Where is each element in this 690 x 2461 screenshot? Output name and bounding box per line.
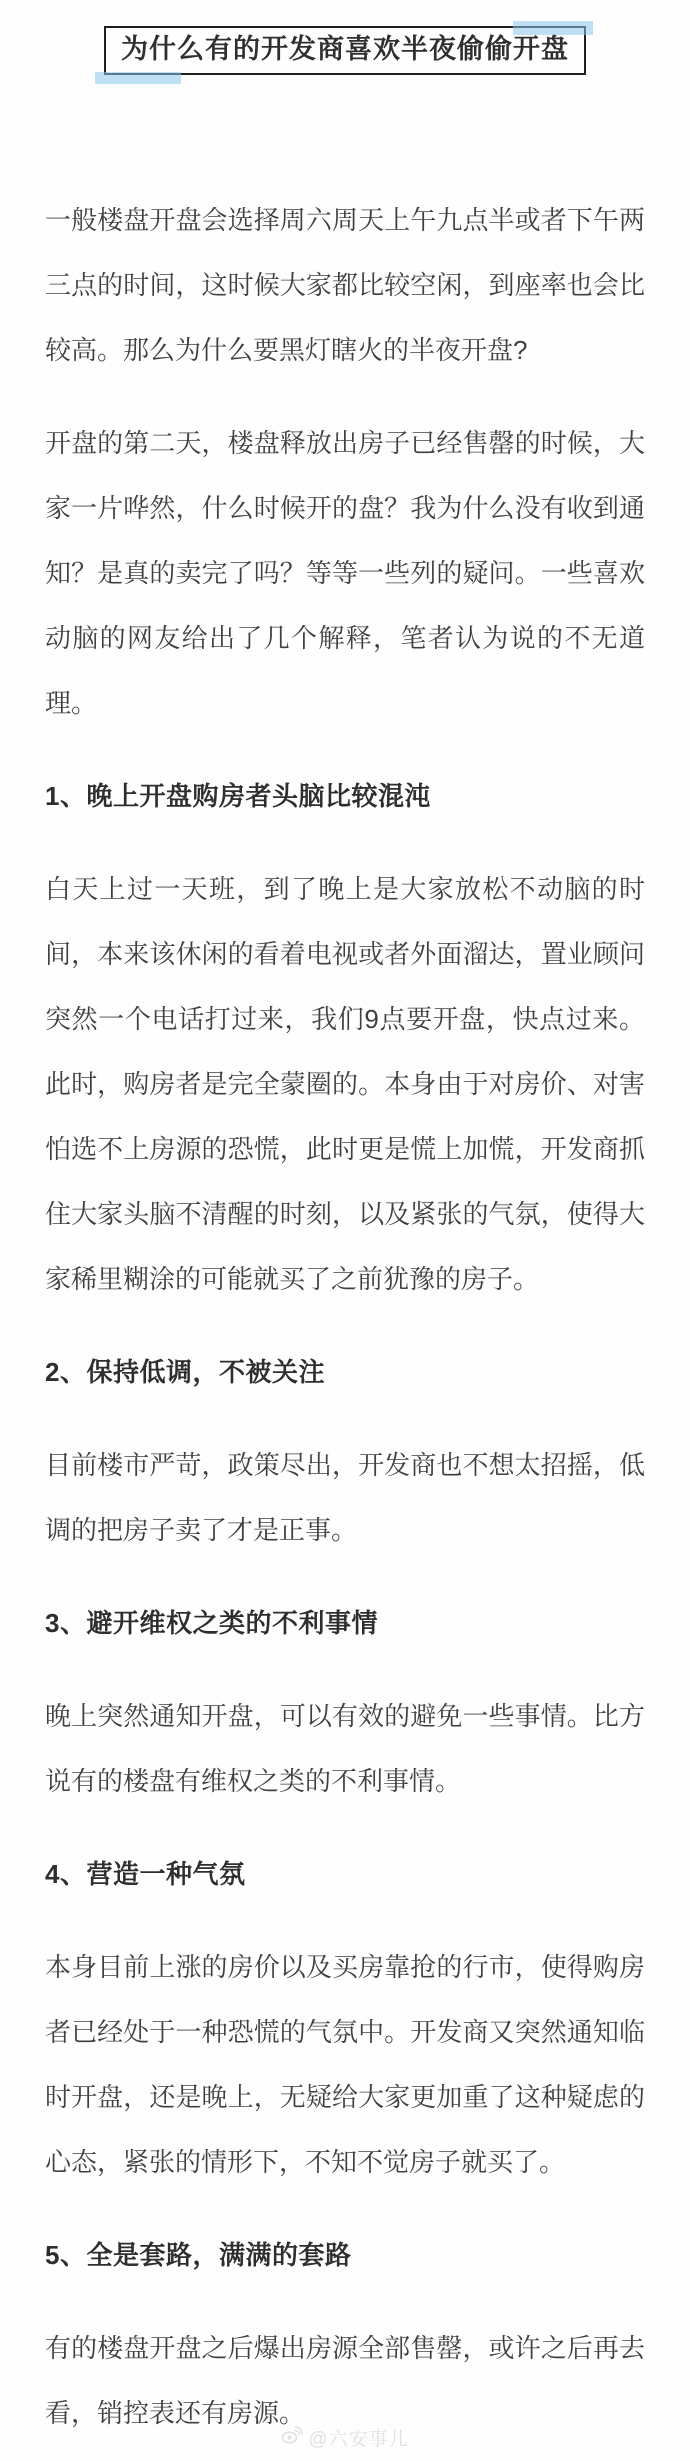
article-body: 一般楼盘开盘会选择周六周天上午九点半或者下午两三点的时间，这时候大家都比较空闲，… <box>0 188 690 2446</box>
section-body-2: 目前楼市严苛，政策尽出，开发商也不想太招摇，低调的把房子卖了才是正事。 <box>45 1433 645 1563</box>
section-body-4: 本身目前上涨的房价以及买房靠抢的行市，使得购房者已经处于一种恐慌的气氛中。开发商… <box>45 1935 645 2195</box>
title-highlight-bottom-left <box>95 72 181 84</box>
section-body-3: 晚上突然通知开盘，可以有效的避免一些事情。比方说有的楼盘有维权之类的不利事情。 <box>45 1684 645 1814</box>
title-highlight-top-right <box>513 21 593 35</box>
section-heading-2: 2、保持低调，不被关注 <box>45 1340 645 1405</box>
section-heading-1: 1、晚上开盘购房者头脑比较混沌 <box>45 764 645 829</box>
section-heading-5: 5、全是套路，满满的套路 <box>45 2223 645 2288</box>
title-container: 为什么有的开发商喜欢半夜偷偷开盘 <box>0 0 690 75</box>
article-page: { "colors": { "background": "#fefefe", "… <box>0 0 690 2461</box>
section-body-5: 有的楼盘开盘之后爆出房源全部售罄，或许之后再去看，销控表还有房源。 <box>45 2316 645 2446</box>
section-heading-3: 3、避开维权之类的不利事情 <box>45 1591 645 1656</box>
intro-paragraph: 一般楼盘开盘会选择周六周天上午九点半或者下午两三点的时间，这时候大家都比较空闲，… <box>45 188 645 383</box>
article-title: 为什么有的开发商喜欢半夜偷偷开盘 <box>121 33 569 66</box>
section-body-1: 白天上过一天班，到了晚上是大家放松不动脑的时间，本来该休闲的看着电视或者外面溜达… <box>45 857 645 1312</box>
article-title-box: 为什么有的开发商喜欢半夜偷偷开盘 <box>104 26 586 75</box>
intro-paragraph: 开盘的第二天，楼盘释放出房子已经售罄的时候，大家一片哗然，什么时候开的盘？我为什… <box>45 411 645 736</box>
section-heading-4: 4、营造一种气氛 <box>45 1842 645 1907</box>
